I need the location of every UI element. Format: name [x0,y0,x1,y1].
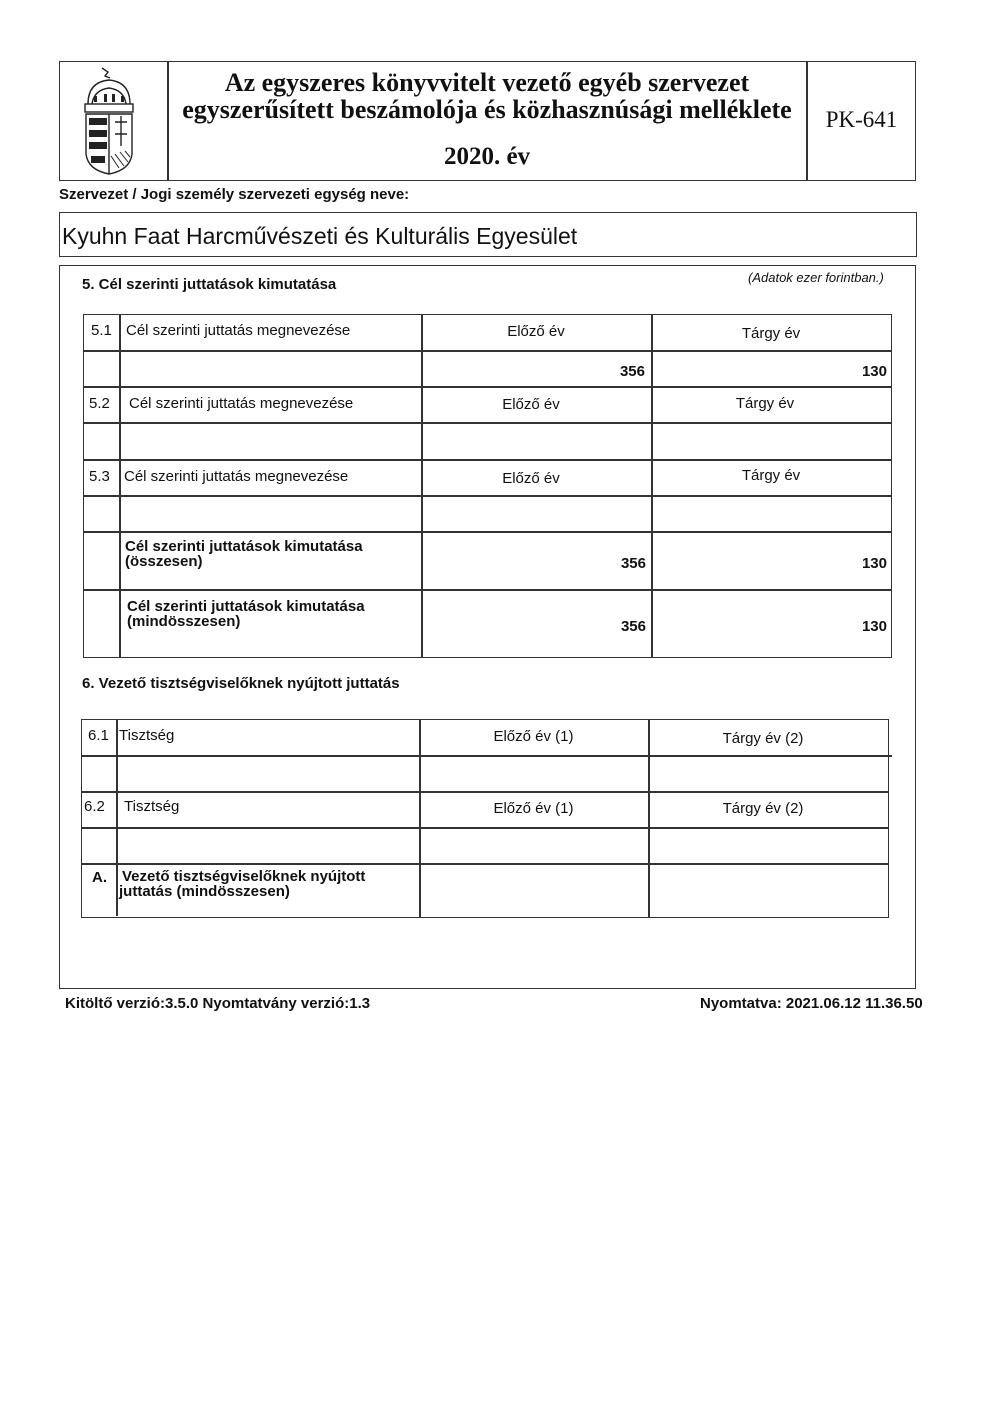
name-header-6-2: Tisztség [124,798,179,815]
section6-total-label-line1: Vezető tisztségviselőknek nyújtott [119,869,365,884]
total-prev: 356 [421,555,646,572]
prev-header-5-2: Előző év [421,396,641,413]
curr-value-5-1[interactable]: 130 [651,363,887,380]
divider [81,863,889,865]
form-title-line1: Az egyszeres könyvvitelt vezető egyéb sz… [168,69,806,96]
curr-header-5-2: Tárgy év [651,395,879,412]
prev-value-5-1[interactable]: 356 [421,363,645,380]
name-header-5-3: Cél szerinti juttatás megnevezése [124,468,348,485]
form-title-line2: egyszerűsített beszámolója és közhasznús… [168,96,806,123]
divider [81,791,889,793]
total-label-line2: (összesen) [125,554,363,569]
grand-total-label-line2: (mindösszesen) [127,614,365,629]
curr-header-5-1: Tárgy év [651,325,891,342]
organization-label: Szervezet / Jogi személy szervezeti egys… [59,186,409,203]
row-code-5-2: 5.2 [89,395,110,412]
organization-name: Kyuhn Faat Harcművészeti és Kulturális E… [62,223,577,250]
divider [81,827,889,829]
divider [83,422,892,424]
curr-header-6-1: Tárgy év (2) [648,730,878,747]
curr-header-6-2: Tárgy év (2) [648,800,878,817]
row-code-5-1: 5.1 [91,322,112,339]
footer-printed: Nyomtatva: 2021.06.12 11.36.50 [700,995,923,1012]
name-header-6-1: Tisztség [119,727,174,744]
prev-header-5-3: Előző év [421,470,641,487]
divider [83,495,892,497]
divider [116,719,118,916]
divider [648,719,650,918]
form-title: Az egyszeres könyvvitelt vezető egyéb sz… [168,69,806,123]
prev-header-5-1: Előző év [421,323,651,340]
form-year: 2020. év [168,143,806,171]
divider [83,386,892,388]
total-curr: 130 [651,555,887,572]
total-label: Cél szerinti juttatások kimutatása (össz… [125,539,363,569]
divider [81,755,892,757]
footer-versions: Kitöltő verzió:3.5.0 Nyomtatvány verzió:… [65,995,370,1012]
name-header-5-1: Cél szerinti juttatás megnevezése [126,322,350,339]
divider [119,314,121,658]
section5-title: 5. Cél szerinti juttatások kimutatása [82,276,336,293]
row-code-a: A. [92,869,107,886]
unit-note: (Adatok ezer forintban.) [748,270,884,285]
grand-total-curr: 130 [651,618,887,635]
curr-header-5-3: Tárgy év [651,467,891,484]
divider [83,589,892,591]
form-code: PK-641 [807,107,916,133]
hungarian-coat-of-arms-icon [82,64,136,176]
row-code-5-3: 5.3 [89,468,110,485]
grand-total-prev: 356 [421,618,646,635]
section6-title: 6. Vezető tisztségviselőknek nyújtott ju… [82,675,400,692]
prev-header-6-1: Előző év (1) [419,728,648,745]
grand-total-label-line1: Cél szerinti juttatások kimutatása [127,599,365,614]
divider [83,459,892,461]
prev-header-6-2: Előző év (1) [419,800,648,817]
divider [83,350,892,352]
grand-total-label: Cél szerinti juttatások kimutatása (mind… [127,599,365,629]
divider [419,719,421,918]
section6-total-label: Vezető tisztségviselőknek nyújtott jutta… [119,869,365,899]
name-header-5-2: Cél szerinti juttatás megnevezése [129,395,353,412]
total-label-line1: Cél szerinti juttatások kimutatása [125,539,363,554]
divider [83,531,892,533]
row-code-6-2: 6.2 [84,798,105,815]
row-code-6-1: 6.1 [88,727,109,744]
section6-total-label-line2: juttatás (mindösszesen) [119,884,365,899]
